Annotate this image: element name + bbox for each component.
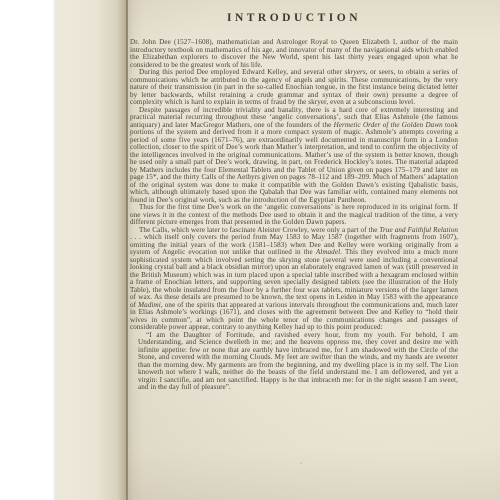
paragraph-5: The Calls, which were later to fascinate…: [130, 227, 458, 332]
block-quote: “I am the Daughter of Fortitude, and rav…: [138, 332, 458, 392]
book-photo: INTRODUCTION Dr. John Dee (1527–1608), m…: [0, 0, 500, 500]
page-text-area: INTRODUCTION Dr. John Dee (1527–1608), m…: [130, 12, 458, 494]
paragraph-4: Thus for the first time Dee’s work on th…: [130, 204, 458, 227]
paragraph-2: During this period Dee employed Edward K…: [130, 69, 458, 107]
paragraph-1: Dr. John Dee (1527–1608), mathematician …: [130, 39, 458, 69]
facing-page-edge: [55, 0, 128, 500]
introduction-text: Dr. John Dee (1527–1608), mathematician …: [130, 39, 458, 392]
paragraph-3: Despite passages of incredible trivialit…: [130, 107, 458, 205]
page-heading: INTRODUCTION: [130, 12, 458, 24]
